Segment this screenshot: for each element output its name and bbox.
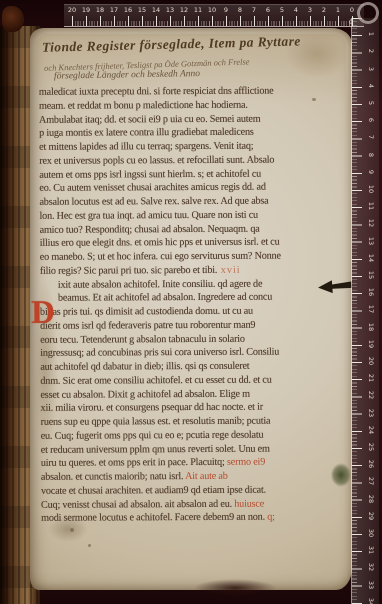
text-segment: modi sermone locutus e achitofel. Facere…	[41, 512, 267, 524]
ruler-number: 2	[367, 44, 375, 58]
text-segment: et mittens lapides ad illu cu terraq; sp…	[39, 141, 253, 153]
ruler-number: 14	[367, 251, 375, 265]
ruler-number: 15	[367, 268, 375, 282]
ruler-number: 19	[79, 6, 93, 14]
ruler-number: 23	[367, 406, 375, 420]
ruler-number: 3	[367, 62, 375, 76]
binding-corner-fragment	[2, 6, 24, 32]
ruler-number: 1	[331, 6, 345, 14]
text-segment: ruens sup eu qppe quia lassus est. et re…	[41, 416, 271, 428]
parchment-speck	[70, 528, 74, 532]
top-ruler-numbers: 20191817161514131211109876543210	[65, 6, 359, 14]
ruler-number: 21	[367, 371, 375, 385]
ruler-number: 8	[233, 6, 247, 14]
rubric-segment: huiusce	[234, 498, 264, 509]
ruler-number: 10	[205, 6, 219, 14]
text-segment: eo manebo. S; ut et hoc infera. cui ego …	[40, 251, 281, 263]
parchment-page: Tionde Register förseglade, Item pa Rytt…	[30, 28, 352, 590]
parchment-edge-shadow	[180, 576, 290, 600]
text-segment: p iuga montis ex latere contra illu grad…	[39, 127, 254, 139]
text-segment: beamus. Et ait achitofel ad absalon. Ing…	[58, 292, 272, 304]
manuscript-photograph: Tionde Register förseglade, Item pa Rytt…	[0, 0, 382, 604]
ruler-number: 10	[367, 182, 375, 196]
ruler-number: 20	[65, 6, 79, 14]
ruler-number: 20	[367, 354, 375, 368]
ruler-number: 32	[367, 560, 375, 574]
ruler-number: 16	[367, 285, 375, 299]
ruler-number: 22	[367, 388, 375, 402]
right-ruler-numbers: 1234567891011121314151617181920212223242…	[364, 18, 378, 604]
manuscript-text: D maledicat iuxta preceptu dni. si forte…	[39, 84, 349, 526]
ruler-number: 29	[367, 509, 375, 523]
text-segment: meam. et reddat m bonu p maledictione ha…	[39, 99, 248, 111]
ruler-number: 30	[367, 526, 375, 540]
text-segment: uiru tu queres. et oms pps erit in pace.…	[41, 457, 227, 469]
ruler-number: 2	[317, 6, 331, 14]
ruler-number: 17	[367, 302, 375, 316]
text-segment: aut achitofel qd dabatur in dieb; illis.…	[40, 361, 249, 373]
rubric-segment: xvii	[217, 265, 240, 276]
vertical-ruler: 1234567891011121314151617181920212223242…	[351, 18, 379, 604]
text-segment: eo. Cu autem venisset chusai arachites a…	[39, 182, 265, 194]
rubric-segment: sermo ei9	[227, 457, 265, 468]
ruler-number: 16	[121, 6, 135, 14]
ruler-number: 9	[219, 6, 233, 14]
ruler-number: 9	[367, 165, 375, 179]
text-segment: ixit aute absalon achitofel. Inite consi…	[58, 278, 262, 290]
text-segment: autem et oms pps isrl ingssi sunt hierlm…	[39, 168, 261, 180]
ruler-number: 7	[367, 130, 375, 144]
ruler-number: 25	[367, 440, 375, 454]
manuscript-line: modi sermone locutus e achitofel. Facere…	[41, 510, 349, 525]
ruler-number: 33	[367, 578, 375, 592]
parchment-speck	[88, 544, 91, 547]
text-segment: rex et universus popls cu eo lassus. et …	[39, 154, 274, 166]
ruler-number: 12	[367, 216, 375, 230]
ruler-number: 5	[275, 6, 289, 14]
text-segment: absalon. et cunctis maiorib; natu isrl.	[41, 471, 185, 483]
horizontal-ruler: 20191817161514131211109876543210	[64, 4, 364, 27]
ruler-hanging-hole	[357, 2, 379, 24]
inscription-line: Tionde Register förseglade, Item pa Rytt…	[42, 32, 352, 56]
text-segment: filio regis? Sic parui pri tuo. sic pare…	[40, 265, 217, 277]
rubricated-initial: D	[31, 297, 57, 329]
ruler-number: 18	[93, 6, 107, 14]
ruler-centimetre-ticks	[352, 18, 362, 604]
rubric-segment: q;	[267, 512, 275, 523]
text-segment: esset cu absalon. Dixit g achitofel ad a…	[40, 388, 249, 400]
text-segment: binas pris tui. qs dimisit ad custodiend…	[40, 306, 253, 318]
ruler-number: 13	[367, 234, 375, 248]
ruler-number: 11	[191, 6, 205, 14]
text-segment: Cuq; venisst chusai ad absalon. ait absa…	[41, 498, 234, 510]
ruler-number: 12	[177, 6, 191, 14]
ruler-number: 15	[135, 6, 149, 14]
ruler-number: 34	[367, 595, 375, 604]
text-segment: illius ero que elegit dns. et omis hic p…	[40, 237, 280, 249]
text-segment: ingressusq; ad concubinas pris sui cora …	[40, 347, 279, 359]
text-segment: vocate et chusai arachiten. et audiam9 q…	[41, 484, 266, 496]
text-segment: absalon locutus est ad eu. Salve rex. sa…	[39, 196, 268, 208]
ruler-number: 4	[289, 6, 303, 14]
ruler-number: 19	[367, 337, 375, 351]
ruler-number: 6	[261, 6, 275, 14]
text-segment: lon. Hec est gra tua inqt. ad amicu tuu.…	[40, 209, 258, 221]
text-segment: Ambulabat itaq; dd. et socii ei9 p uia c…	[39, 113, 260, 125]
text-segment: dierit oms isrl qd federaveris patre tuu…	[40, 319, 255, 331]
ruler-number: 28	[367, 492, 375, 506]
ruler-number: 6	[367, 113, 375, 127]
ruler-number: 4	[367, 79, 375, 93]
ruler-number: 13	[163, 6, 177, 14]
ruler-number: 3	[303, 6, 317, 14]
rubric-segment: Ait aute ab	[185, 471, 228, 482]
text-segment: dnm. Sic erat ome consiliu achitofel. et…	[40, 374, 271, 386]
ruler-number: 31	[367, 543, 375, 557]
ruler-number: 27	[367, 474, 375, 488]
ruler-number: 5	[367, 96, 375, 110]
text-segment: maledicat iuxta preceptu dni. si forte r…	[39, 86, 274, 98]
vertical-ruler-zero: 0	[349, 18, 353, 26]
ruler-number: 18	[367, 320, 375, 334]
ruler-number: 8	[367, 148, 375, 162]
ruler-number: 7	[247, 6, 261, 14]
text-segment: xii. milia viroru. et consurgens psequar…	[41, 402, 263, 414]
ruler-number: 26	[367, 457, 375, 471]
ruler-centimetre-ticks	[72, 16, 354, 26]
text-segment: eu. Cuq; fugerit oms pps qui cu eo e; pc…	[41, 429, 264, 441]
ruler-number: 1	[367, 27, 375, 41]
text-segment: amico tuo? Responditq; chusai ad absalon…	[40, 223, 260, 235]
ruler-number: 11	[367, 199, 375, 213]
ruler-number: 17	[107, 6, 121, 14]
ruler-number: 14	[149, 6, 163, 14]
text-segment: et reducam universum pplm qm unus revert…	[41, 443, 270, 455]
text-segment: eoru tecu. Tetenderunt g absalon tabnacu…	[40, 333, 245, 345]
ruler-number: 24	[367, 423, 375, 437]
